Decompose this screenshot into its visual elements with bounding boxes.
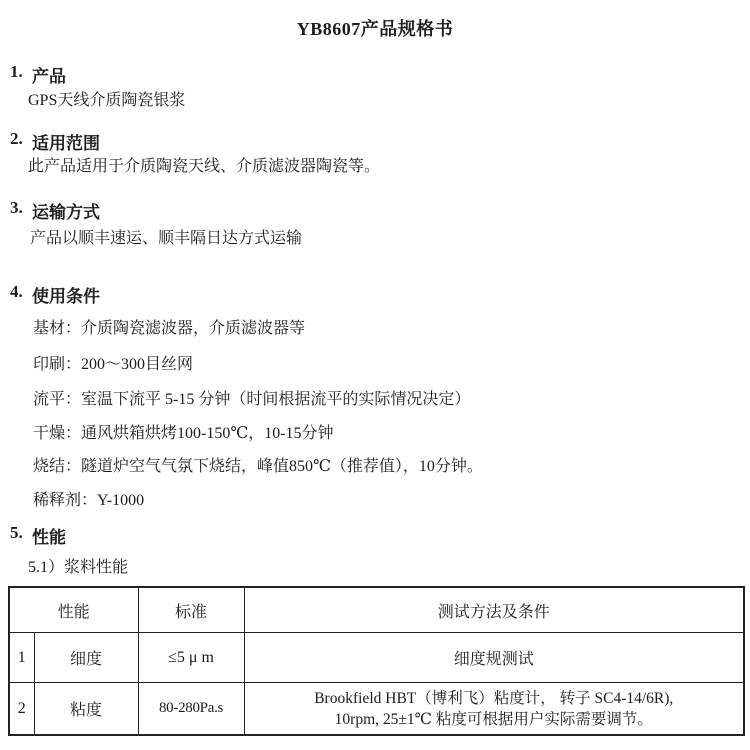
section-4-line-firing: 烧结：隧道炉空气气氛下烧结，峰值850℃（推荐值），10分钟。 (33, 453, 483, 476)
section-4-line-leveling: 流平：室温下流平 5-15 分钟（时间根据流平的实际情况决定） (33, 386, 470, 409)
section-4-heading: 4. 使用条件 (10, 282, 100, 307)
section-4-line-substrate: 基材：介质陶瓷滤波器，介质滤波器等 (33, 315, 305, 338)
section-2-number: 2. (10, 129, 32, 154)
section-1-text: GPS天线介质陶瓷银浆 (28, 87, 185, 110)
cell-row2-method-line2: 10rpm, 25±1℃ 粘度可根据用户实际需要调节。 (245, 709, 744, 730)
section-4-line-thinner: 稀释剂：Y-1000 (33, 487, 144, 510)
section-3-title: 运输方式 (32, 198, 100, 223)
section-3-text: 产品以顺丰速运、顺丰隔日达方式运输 (30, 225, 302, 248)
section-4-line-drying: 干燥：通风烘箱烘烤100-150℃，10-15分钟 (33, 420, 334, 443)
section-5-title: 性能 (32, 523, 66, 548)
document-page: YB8607产品规格书 1. 产品 GPS天线介质陶瓷银浆 2. 适用范围 此产… (0, 0, 750, 750)
cell-row1-standard: ≤5 μ m (138, 633, 244, 683)
paste-performance-table: 性能 标准 测试方法及条件 1 细度 ≤5 μ m 细度规测试 2 粘度 80-… (8, 586, 745, 736)
section-4-title: 使用条件 (32, 282, 100, 307)
section-1-heading: 1. 产品 (10, 62, 66, 87)
cell-row2-property: 粘度 (34, 683, 138, 736)
cell-row2-no: 2 (9, 683, 34, 736)
page-title: YB8607产品规格书 (0, 15, 750, 41)
header-cell-property: 性能 (9, 587, 138, 633)
section-4-number: 4. (10, 282, 32, 307)
section-2-title: 适用范围 (32, 129, 100, 154)
section-2-heading: 2. 适用范围 (10, 129, 100, 154)
table-row: 2 粘度 80-280Pa.s Brookfield HBT（博利飞）粘度计， … (9, 683, 744, 736)
cell-row2-method: Brookfield HBT（博利飞）粘度计， 转子 SC4-14/6R), 1… (244, 683, 744, 736)
section-5-number: 5. (10, 523, 32, 548)
section-1-title: 产品 (32, 62, 66, 87)
cell-row2-standard: 80-280Pa.s (138, 683, 244, 736)
header-cell-standard: 标准 (138, 587, 244, 633)
header-cell-method: 测试方法及条件 (244, 587, 744, 633)
cell-row2-method-line1: Brookfield HBT（博利飞）粘度计， 转子 SC4-14/6R), (245, 688, 744, 709)
table-row: 1 细度 ≤5 μ m 细度规测试 (9, 633, 744, 683)
cell-row1-method: 细度规测试 (244, 633, 744, 683)
section-5-subsection: 5.1）浆料性能 (28, 554, 128, 577)
section-2-text: 此产品适用于介质陶瓷天线、介质滤波器陶瓷等。 (28, 153, 380, 176)
section-3-number: 3. (10, 198, 32, 223)
section-4-line-printing: 印刷：200～300目丝网 (33, 351, 193, 374)
section-3-heading: 3. 运输方式 (10, 198, 100, 223)
table-header-row: 性能 标准 测试方法及条件 (9, 587, 744, 633)
section-5-heading: 5. 性能 (10, 523, 66, 548)
section-1-number: 1. (10, 62, 32, 87)
cell-row1-no: 1 (9, 633, 34, 683)
cell-row1-property: 细度 (34, 633, 138, 683)
